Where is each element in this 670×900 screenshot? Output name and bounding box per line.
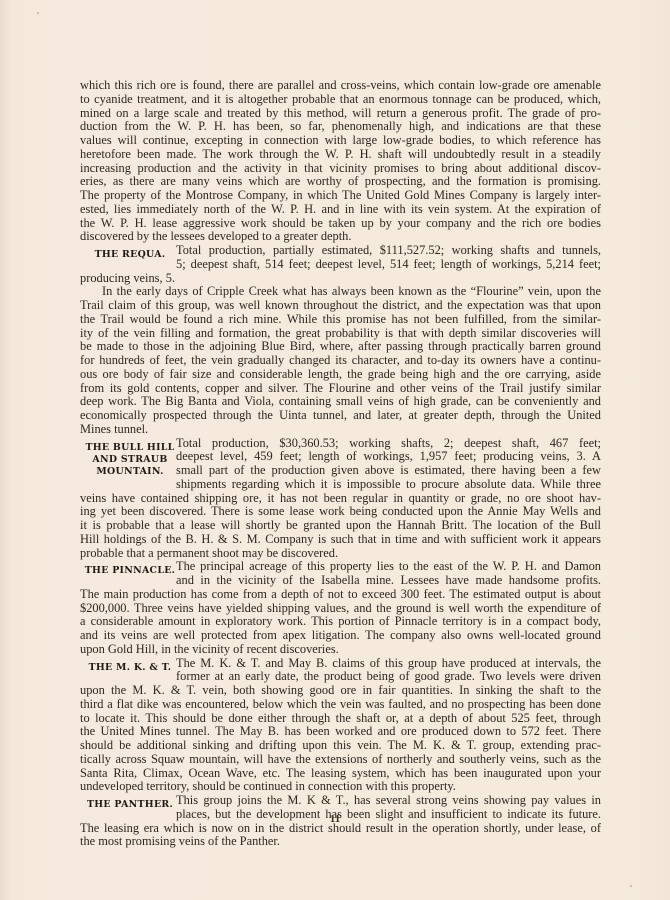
text-line: Total production, partially estimated, $… [176,244,601,258]
page-number: 11 [0,813,670,825]
section-heading: THE M. K. & T. [80,657,176,685]
text-line: Total production, $30,360.53; working sh… [176,437,601,451]
text-line: 5; deepest shaft, 514 feet; deepest leve… [176,258,601,272]
text-line: which this rich ore is found, there are … [80,79,601,93]
text-line: for hundreds of feet, the vein gradually… [80,354,601,368]
section-requa: THE REQUA. Total production, partially e… [80,244,601,437]
section-bull-hill: THE BULL HILL AND STRAUB MOUNTAIN. Total… [80,437,601,561]
text-line: producing veins, 5. [80,272,601,286]
section-mkt: THE M. K. & T. The M. K. & T. and May B.… [80,657,601,795]
text-line: and in the vicinity of the Isabella mine… [176,574,601,588]
text-line: from its gold contents, copper and silve… [80,382,601,396]
text-line: probable that a permanent shoot may be d… [80,547,601,561]
text-line: Santa Rita, Climax, Ocean Wave, etc. The… [80,767,601,781]
text-line: third a flat dike was encountered, below… [80,698,601,712]
text-line: The principal acreage of this property l… [176,560,601,574]
text-line: economically prospected through the Uint… [80,409,601,423]
text-line: The M. K. & T. and May B. claims of this… [176,657,601,671]
text-line: increasing production and the activity i… [80,162,601,176]
text-line: ested, lies immediately north of the W. … [80,203,601,217]
page-text: which this rich ore is found, there are … [80,79,601,849]
text-line: deep work. The Big Banta and Viola, cont… [80,395,601,409]
intro-paragraph: which this rich ore is found, there are … [80,79,601,244]
text-line: the United Mines tunnel. The May B. has … [80,725,601,739]
section-heading: THE REQUA. [80,244,176,272]
section-heading: THE BULL HILL AND STRAUB MOUNTAIN. [80,437,176,492]
section-heading: THE PINNACLE. [80,560,176,588]
text-line: undeveloped territory, should be continu… [80,780,601,794]
section-pinnacle: THE PINNACLE. The principal acreage of t… [80,560,601,656]
text-line: to locate it. This should be done either… [80,712,601,726]
text-line: it is probable that a lease will shortly… [80,519,601,533]
text-line: upon Gold Hill, in the vicinity of recen… [80,643,601,657]
text-line: The property of the Montrose Company, in… [80,189,601,203]
text-line: Mines tunnel. [80,423,601,437]
text-line: Hill holdings of the B. H. & S. M. Compa… [80,533,601,547]
text-line: ity of the vein filling and formation, t… [80,327,601,341]
text-line: heretofore been made. The work through t… [80,148,601,162]
text-line: eries, as there are many veins which are… [80,175,601,189]
text-line: should be additional sinking and driftin… [80,739,601,753]
text-line: $200,000. Three veins have yielded shipp… [80,602,601,616]
text-line: and its veins are well protected from ap… [80,629,601,643]
text-line: to cyanide treatment, and it is altogeth… [80,93,601,107]
paper-speck [630,885,632,887]
text-line: veins have contained shipping ore, it ha… [80,492,601,506]
text-line: discovered by the lessees developed to a… [80,230,601,244]
text-line: be made to those in the adjoining Blue B… [80,340,601,354]
text-line: values will continue, excepting in conne… [80,134,601,148]
scanned-page: which this rich ore is found, there are … [0,0,670,900]
text-line: a considerable amount in exploratory wor… [80,615,601,629]
text-line: In the early days of Cripple Creek what … [80,285,601,299]
text-line: the W. P. H. lease aggressive work shoul… [80,217,601,231]
text-line: mined on a large scale and treated by th… [80,107,601,121]
text-line: ous ore body of fair size and considerab… [80,368,601,382]
text-line: This group joins the M. K & T., has seve… [176,794,601,808]
text-line: tically across Squaw mountain, will have… [80,753,601,767]
text-line: ing yet been discovered. There is some l… [80,505,601,519]
text-line: the Trail would be found a rich mine. Wh… [80,313,601,327]
text-line: duction from the W. P. H. has been, so f… [80,120,601,134]
text-line: The main production has come from a dept… [80,588,601,602]
paper-speck [37,12,39,14]
text-line: Trail claim of this group, was well know… [80,299,601,313]
text-line: small part of the production given above… [176,464,601,478]
text-line: former at an early date, the product bei… [176,670,601,684]
text-line: the most promising veins of the Panther. [80,835,601,849]
text-line: upon the M. K. & T. vein, both showing g… [80,684,601,698]
text-line: deepest level, 459 feet; length of worki… [176,450,601,464]
text-line: shipments regarding which it is impossib… [176,478,601,492]
